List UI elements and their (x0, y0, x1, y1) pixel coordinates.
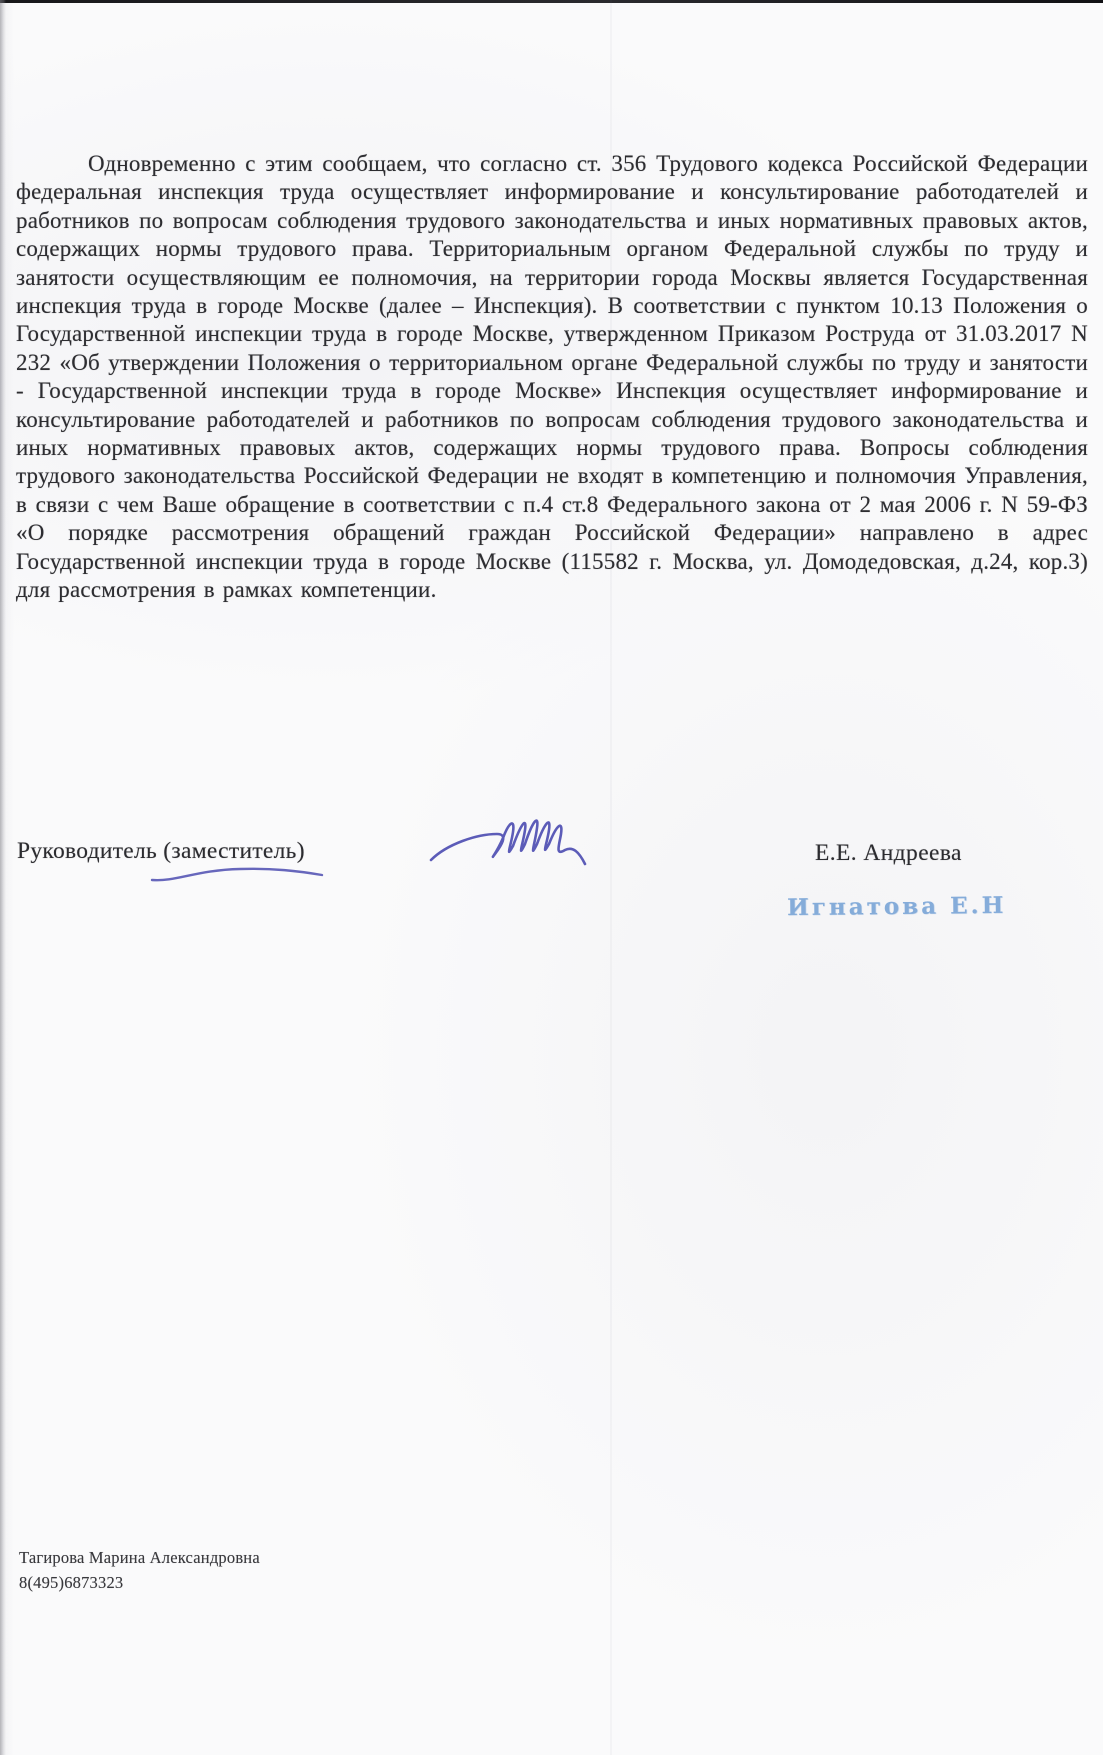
signer-name: Е.Е. Андреева (815, 840, 962, 867)
scan-left-edge-artifact (0, 0, 6, 1755)
name-stamp: Игнатова Е.Н (787, 892, 1007, 921)
scan-top-edge-artifact (0, 0, 1103, 3)
executor-block: Тагирова Марина Александровна 8(495)6873… (19, 1545, 260, 1595)
handwritten-signature (425, 808, 605, 883)
executor-phone: 8(495)6873323 (19, 1570, 260, 1595)
body-paragraph: Одновременно с этим сообщаем, что соглас… (16, 150, 1088, 605)
signer-title: Руководитель (заместитель) (17, 838, 305, 865)
executor-name: Тагирова Марина Александровна (19, 1545, 260, 1570)
handwritten-underline (148, 862, 328, 888)
scanned-letter-page: Одновременно с этим сообщаем, что соглас… (0, 0, 1103, 1755)
